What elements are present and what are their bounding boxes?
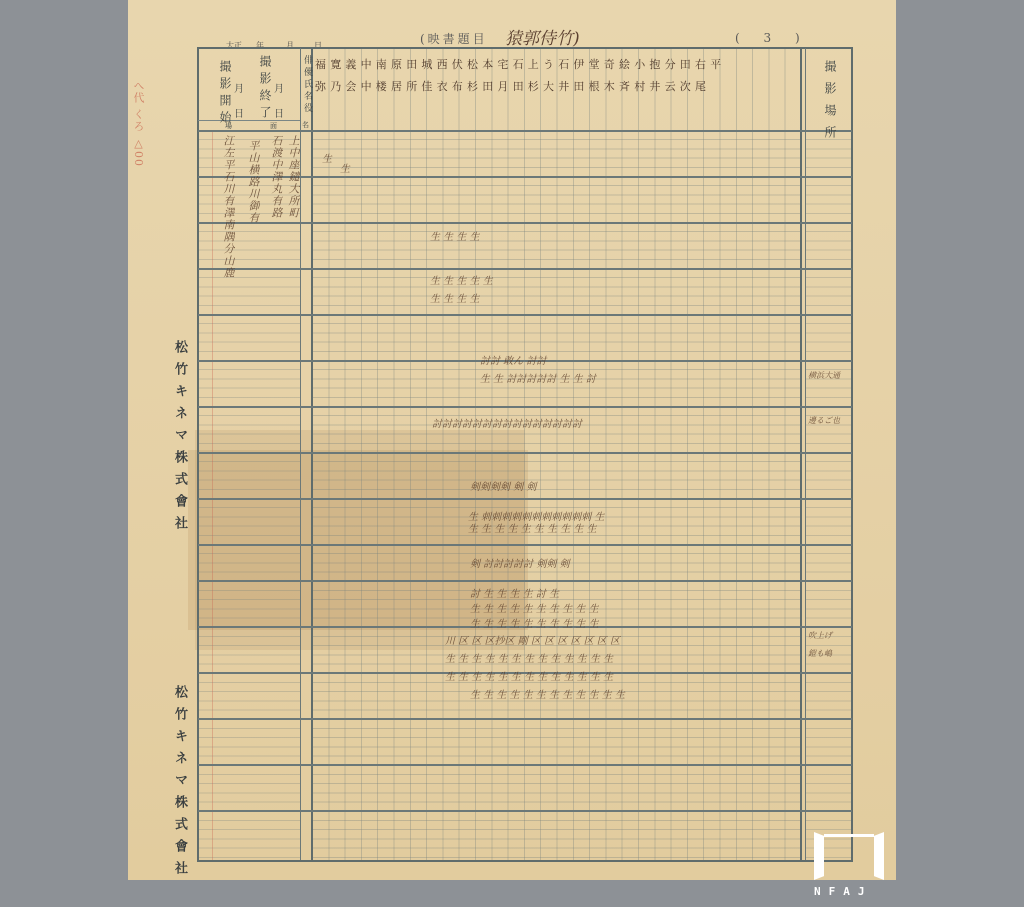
end-month-label: 月 <box>274 80 284 95</box>
red-marginal-note: へ代 くろ △00 <box>130 80 146 167</box>
page-number: ( 3 ) <box>735 31 810 45</box>
divider <box>198 120 300 121</box>
grid-mark-row: 生 生 生 生 生 <box>430 272 493 287</box>
logo-top-bar-icon <box>824 834 874 837</box>
nfaj-logo: NFAJ <box>812 832 887 900</box>
row-divider <box>198 764 852 766</box>
grid-mark-row: 剣 討討討討討 剣剣 剣 <box>470 555 570 570</box>
logo-text: NFAJ <box>814 885 873 898</box>
company-name-lower: 松竹キネマ株式會社 <box>170 685 189 883</box>
logo-left-bracket-icon <box>814 832 824 880</box>
divider <box>805 48 806 860</box>
cast-footer-label: 名 <box>302 120 309 130</box>
row-divider <box>198 810 852 812</box>
header-bottom-line <box>198 130 852 132</box>
grid-mark-row: 生 生 討討討討討 生 生 討 <box>480 370 596 385</box>
logo-right-bracket-icon <box>874 832 884 880</box>
cast-names-row-2: 弥乃会中楼居所佳衣布杉田月田杉大井田根木斉村井云次尾 <box>315 78 710 94</box>
grid-mark: 生 <box>322 150 332 165</box>
scene-entries: 上中座鑓大所町 <box>285 135 301 655</box>
grid-mark-row: 生 生 生 生 生 生 生 生 生 生 生 生 <box>470 686 625 701</box>
cast-header-label: 俳優氏名役 <box>301 55 314 115</box>
company-name-upper: 松竹キネマ株式會社 <box>170 340 189 538</box>
end-day-label: 日 <box>274 105 284 120</box>
shoot-start-label: 撮影開始 <box>217 60 234 128</box>
row-divider <box>198 718 852 720</box>
shoot-end-label: 撮影終了 <box>257 55 274 123</box>
location-note: 鎧も嶋 <box>808 648 832 659</box>
scene-label: 場 <box>225 121 232 131</box>
cast-names-row-1: 福寛義中南原田城西伏松本宅石上う石伊堂奇絵小抱分田右平 <box>315 56 725 72</box>
grid-mark-row: 生 生 生 生 生 生 生 生 生 生 <box>468 520 597 535</box>
grid-mark-row: 剣剣剣剣 剣 剣 <box>470 478 536 493</box>
scene-label-2: 面 <box>270 121 277 131</box>
grid-mark-row: 討討 敢ん 討討 <box>480 352 546 367</box>
grid-mark-row: 討 生 生 生 生 討 生 <box>470 585 559 600</box>
start-month-label: 月 <box>234 80 244 95</box>
grid-mark-row: 生 生 生 生 生 生 生 生 生 生 生 生 生 <box>445 668 613 683</box>
scene-entries: 石渡中澤丸有路 <box>268 135 284 655</box>
film-title-handwritten: 猿郭侍竹) <box>505 24 580 49</box>
grid-mark-row: 川 区 区 区抄区 剛 区 区 区 区 区 区 区 <box>445 632 620 647</box>
location-note: 吹上げ <box>808 630 832 641</box>
divider <box>800 48 802 860</box>
grid-mark-row: 生 生 生 生 <box>430 228 480 243</box>
grid-mark-row: 生 生 生 生 <box>430 290 480 305</box>
scene-entries: 平山横路川御有 <box>245 140 261 660</box>
scene-entries: 江左平石川有澤南隅分山鹿 <box>220 135 236 655</box>
grid-mark-row: 生 生 生 生 生 生 生 生 生 生 生 生 生 <box>445 650 613 665</box>
grid-mark: 生 <box>340 160 350 175</box>
location-header: 撮影場所 <box>822 60 839 148</box>
divider <box>311 48 313 860</box>
location-note: 邊るご也 <box>808 415 840 426</box>
location-note: 横浜大通 <box>808 370 840 381</box>
film-title-printed: (映書題目 <box>420 30 488 47</box>
grid-mark-row: 討討討討討討討討討討討討討討討 <box>432 415 582 430</box>
divider <box>212 130 213 860</box>
start-day-label: 日 <box>234 105 244 120</box>
grid-mark-row: 生 生 生 生 生 生 生 生 生 生 <box>470 600 599 615</box>
grid-mark-row: 生 生 生 生 生 生 生 生 生 生 <box>470 615 599 630</box>
